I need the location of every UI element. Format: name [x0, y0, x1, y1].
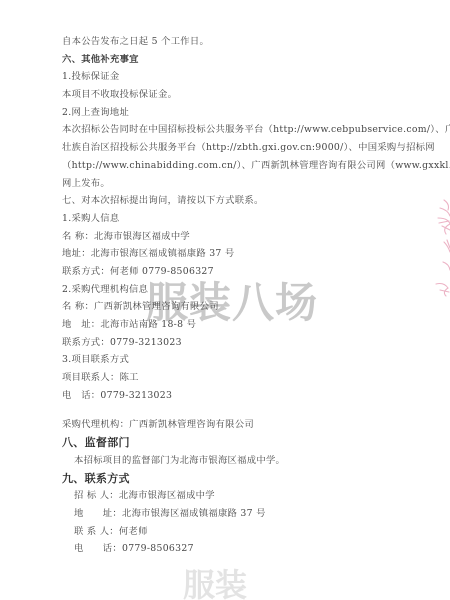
doc-line: 1.采购人信息	[62, 210, 402, 228]
doc-line: 本招标项目的监督部门为北海市银海区福成中学。	[62, 452, 402, 470]
doc-line: 3.项目联系方式	[62, 351, 402, 369]
section-heading: 八、监督部门	[62, 434, 402, 452]
doc-line: 自本公告发布之日起 5 个工作日。	[62, 33, 402, 51]
doc-line: （http://www.chinabidding.com.cn/）、广西新凯林管…	[62, 157, 402, 175]
doc-line: 采购代理机构：广西新凯林管理咨询有限公司	[62, 416, 402, 434]
doc-line: 地 址：北海市站南路 18-8 号	[62, 316, 402, 334]
doc-line: 网上发布。	[62, 175, 402, 193]
red-handwriting-annotation	[424, 196, 450, 306]
section-heading: 九、联系方式	[62, 470, 402, 488]
doc-line: 电 话：0779-8506327	[62, 540, 402, 558]
doc-line: 名 称：北海市银海区福成中学	[62, 228, 402, 246]
doc-line: 壮族自治区招投标公共服务平台（http://zbth.gxi.gov.cn:90…	[62, 139, 402, 157]
doc-line: 1.投标保证金	[62, 68, 402, 86]
doc-line: 项目联系人：陈工	[62, 369, 402, 387]
document-body: 自本公告发布之日起 5 个工作日。 六、其他补充事宜 1.投标保证金 本项目不收…	[62, 33, 402, 558]
red-pen-marks-icon	[424, 196, 450, 306]
doc-line: 2.采购代理机构信息	[62, 281, 402, 299]
doc-line: 名 称：广西新凯林管理咨询有限公司	[62, 298, 402, 316]
doc-line: 电 话：0779-3213023	[62, 387, 402, 405]
document-page: 服装八场 服装 自本公告发布之日起 5 个工作日。 六、其他补充事宜 1.投标保…	[0, 0, 450, 600]
section-heading: 六、其他补充事宜	[62, 51, 402, 69]
doc-line: 招 标 人：北海市银海区福成中学	[62, 487, 402, 505]
doc-line: 本次招标公告同时在中国招标投标公共服务平台（http://www.cebpubs…	[62, 121, 402, 139]
doc-line: 地址：北海市银海区福成镇福康路 37 号	[62, 245, 402, 263]
doc-line: 联 系 人：何老师	[62, 523, 402, 541]
watermark-bottom-text: 服装	[183, 560, 247, 600]
doc-line: 联系方式：何老师 0779-8506327	[62, 263, 402, 281]
doc-line: 地 址：北海市银海区福成镇福康路 37 号	[62, 505, 402, 523]
doc-line: 联系方式：0779-3213023	[62, 334, 402, 352]
doc-line: 2.网上查询地址	[62, 104, 402, 122]
doc-line: 七、对本次招标提出询问，请按以下方式联系。	[62, 192, 402, 210]
doc-line: 本项目不收取投标保证金。	[62, 86, 402, 104]
